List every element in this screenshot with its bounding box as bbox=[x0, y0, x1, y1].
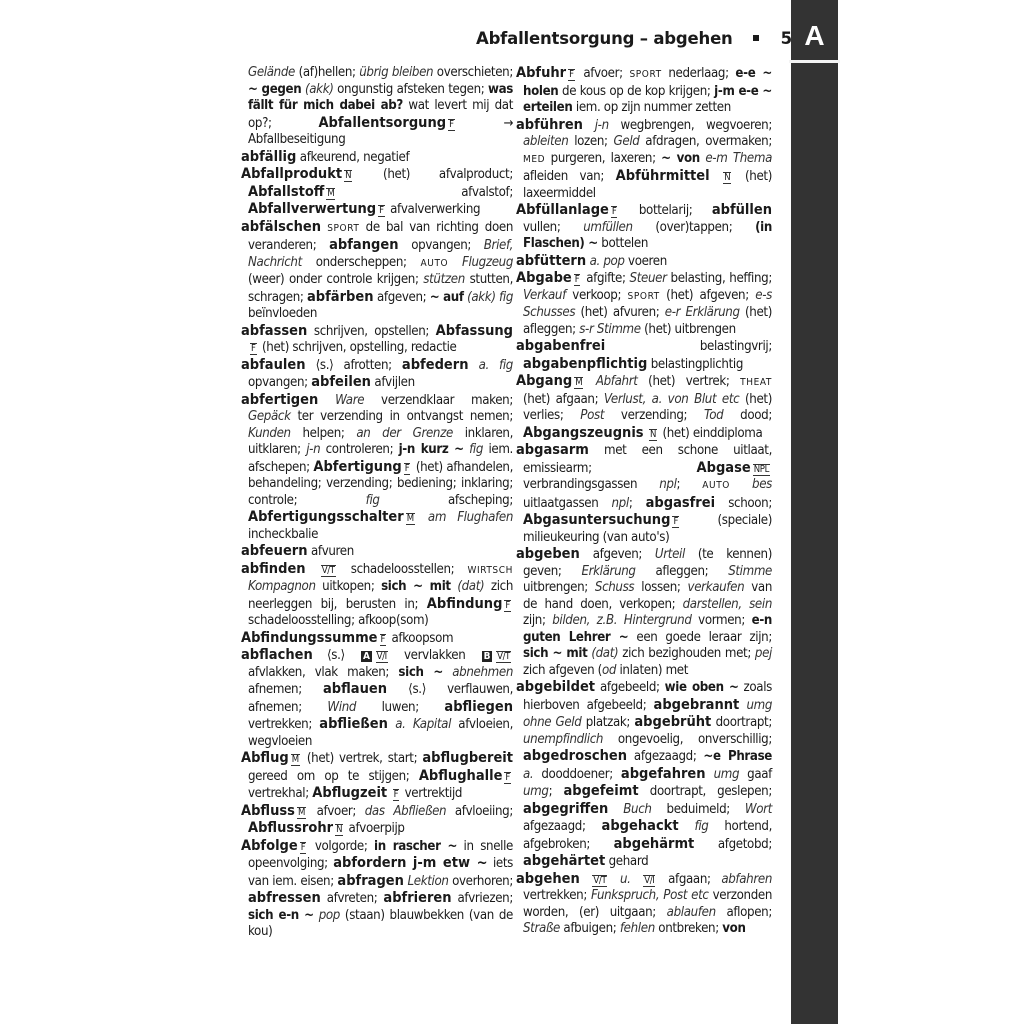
domain-label: theat bbox=[740, 377, 772, 388]
domain-label: sport bbox=[629, 69, 661, 80]
headword: abflachen bbox=[241, 647, 313, 663]
headword: Abfallprodukt bbox=[241, 166, 342, 182]
headword: Abflussrohr bbox=[248, 820, 333, 836]
headword: Abfindungssumme bbox=[241, 630, 378, 646]
headword: Abfallverwertung bbox=[248, 201, 376, 217]
headword: abgebrüht bbox=[634, 714, 711, 730]
gender-label: F bbox=[300, 842, 307, 854]
headword: abflauen bbox=[323, 681, 387, 697]
gender-label: F bbox=[380, 634, 387, 646]
verb-type-label: V/I bbox=[376, 651, 388, 663]
dictionary-entry: AbflussM afvoer; das Abfließen afvloeiin… bbox=[241, 803, 513, 838]
headword: abfliegen bbox=[444, 699, 513, 715]
gender-label: M bbox=[406, 513, 415, 525]
dictionary-entry: abgasarm met een schone uitlaat, emissie… bbox=[516, 442, 772, 546]
headword: abfragen bbox=[337, 873, 404, 889]
headword: Abfassung bbox=[436, 323, 513, 339]
headword: abfressen bbox=[248, 890, 321, 906]
gender-label: F bbox=[568, 69, 575, 81]
headword: abgegriffen bbox=[523, 801, 608, 817]
dictionary-entry: abfertigen Ware verzendklaar maken; Gepä… bbox=[241, 392, 513, 544]
domain-label: auto bbox=[702, 480, 730, 491]
headword: abfüttern bbox=[516, 253, 586, 269]
headword: abgabenfrei bbox=[516, 338, 605, 354]
headword: Abführmittel bbox=[616, 168, 710, 184]
headword: Abfallentsorgung bbox=[318, 115, 446, 131]
dictionary-entry: abfaulen ⟨s.⟩ afrotten; abfedern a. fig … bbox=[241, 357, 513, 392]
dictionary-entry: abfinden V/T schadeloosstellen; wirtsch … bbox=[241, 561, 513, 630]
headword: Abflug bbox=[241, 750, 289, 766]
dictionary-entry: AbfuhrF afvoer; sport nederlaag; e-e ~ h… bbox=[516, 65, 772, 117]
gender-label: F bbox=[250, 343, 257, 355]
gender-label: M bbox=[326, 188, 335, 200]
headword: Abflughalle bbox=[419, 768, 503, 784]
gender-label: N bbox=[649, 429, 657, 441]
headword: Abfüllanlage bbox=[516, 202, 609, 218]
dictionary-entry: abführen j-n wegbrengen, wegvoeren; able… bbox=[516, 117, 772, 203]
domain-label: sport bbox=[327, 223, 359, 234]
headword: abfrieren bbox=[383, 890, 451, 906]
verb-type-label: V/I bbox=[643, 875, 655, 887]
headword: abfangen bbox=[329, 237, 398, 253]
gender-label: F bbox=[574, 274, 581, 286]
dictionary-entry: abfällig afkeurend, negatief bbox=[241, 149, 513, 167]
headword: Abgasuntersuchung bbox=[523, 512, 670, 528]
dictionary-entry: AbfallproduktN (het) afvalproduct; Abfal… bbox=[241, 166, 513, 219]
running-header: Abfallentsorgung – abgehen 567 bbox=[476, 24, 814, 52]
gender-label: N bbox=[335, 824, 343, 836]
thumb-divider bbox=[789, 60, 840, 63]
headword: abgefeimt bbox=[563, 783, 638, 799]
headword: Abfertigung bbox=[313, 459, 401, 475]
gender-label: F bbox=[672, 516, 679, 528]
headword: abfinden bbox=[241, 561, 306, 577]
headword: abgebildet bbox=[516, 679, 595, 695]
headword: abfärben bbox=[307, 289, 374, 305]
headword: Abflugzeit bbox=[312, 785, 387, 801]
gender-label: NPL bbox=[753, 464, 770, 476]
headword: Abfallstoff bbox=[248, 184, 324, 200]
sense-marker: B bbox=[482, 651, 493, 662]
headword: Abgase bbox=[697, 460, 751, 476]
headword: abfassen bbox=[241, 323, 307, 339]
dictionary-entry: abgeben afgeven; Urteil (te kennen) geve… bbox=[516, 546, 772, 679]
headword: abgeben bbox=[516, 546, 580, 562]
headword: abfeilen bbox=[311, 374, 371, 390]
verb-type-label: V/T bbox=[321, 565, 336, 577]
headword: Abgang bbox=[516, 373, 572, 389]
dictionary-entry: abfassen schrijven, opstellen; Abfassung… bbox=[241, 323, 513, 357]
headword: abfeuern bbox=[241, 543, 308, 559]
dictionary-entry: AbgabeF afgifte; Steuer belasting, heffi… bbox=[516, 270, 772, 338]
header-separator bbox=[753, 35, 759, 41]
headword: abgehackt bbox=[602, 818, 679, 834]
headword: abgasarm bbox=[516, 442, 589, 458]
dictionary-entry: abgabenfrei belastingvrij; abgabenpflich… bbox=[516, 338, 772, 373]
dictionary-entry: abfälschen sport de bal van richting doe… bbox=[241, 219, 513, 323]
domain-label: auto bbox=[421, 258, 449, 269]
dictionary-entry: AbflugM (het) vertrek, start; abflugbere… bbox=[241, 750, 513, 803]
gender-label: F bbox=[404, 463, 411, 475]
verb-type-label: V/T bbox=[496, 651, 511, 663]
headword: abflugbereit bbox=[422, 750, 513, 766]
headword: Abgabe bbox=[516, 270, 572, 286]
headword: abfälschen bbox=[241, 219, 321, 235]
headword: abfließen bbox=[319, 716, 388, 732]
gender-label: F bbox=[504, 600, 511, 612]
headword: Abfolge bbox=[241, 838, 298, 854]
gender-label: F bbox=[448, 119, 455, 131]
headword: abgehärtet bbox=[523, 853, 605, 869]
headword: abfertigen bbox=[241, 392, 318, 408]
headword: abfaulen bbox=[241, 357, 306, 373]
dictionary-entry: abfeuern afvuren bbox=[241, 543, 513, 561]
headword: Abfluss bbox=[241, 803, 295, 819]
headword: abgedroschen bbox=[523, 748, 627, 764]
dictionary-entry: AbfüllanlageF bottelarij; abfüllen vulle… bbox=[516, 202, 772, 253]
dictionary-entry: abgehen V/T u. V/I afgaan; abfahren vert… bbox=[516, 871, 772, 938]
gender-label: M bbox=[574, 377, 583, 389]
gender-label: F bbox=[378, 205, 385, 217]
header-title: Abfallentsorgung – abgehen bbox=[476, 29, 733, 48]
headword: abgebrannt bbox=[654, 697, 740, 713]
headword: abfüllen bbox=[712, 202, 772, 218]
gender-label: F bbox=[393, 789, 400, 801]
dictionary-entry: abflachen ⟨s.⟩ AV/I vervlakken BV/T afvl… bbox=[241, 647, 513, 750]
headword: Abfertigungsschalter bbox=[248, 509, 404, 525]
dictionary-entry: AbfolgeF volgorde; in rascher ~ in snell… bbox=[241, 838, 513, 941]
headword: Abgangszeugnis bbox=[523, 425, 644, 441]
gender-label: F bbox=[504, 772, 511, 784]
headword: abführen bbox=[516, 117, 583, 133]
sense-marker: A bbox=[361, 651, 372, 662]
headword: abgasfrei bbox=[646, 495, 715, 511]
dictionary-entry: abfüttern a. pop voeren bbox=[516, 253, 772, 271]
headword: Abfuhr bbox=[516, 65, 566, 81]
headword: abfällig bbox=[241, 149, 296, 165]
headword: abgabenpflichtig bbox=[523, 356, 647, 372]
dictionary-entry: AbfindungssummeF afkoopsom bbox=[241, 630, 513, 648]
dictionary-entry: abgebildet afgebeeld; wie oben ~ zoals h… bbox=[516, 679, 772, 871]
left-column: Gelände (af)hellen; übrig bleiben oversc… bbox=[241, 65, 513, 941]
gender-label: N bbox=[344, 170, 352, 182]
domain-label: wirtsch bbox=[467, 565, 513, 576]
gender-label: F bbox=[611, 206, 618, 218]
headword: abfedern bbox=[402, 357, 469, 373]
verb-type-label: V/T bbox=[592, 875, 607, 887]
right-column: AbfuhrF afvoer; sport nederlaag; e-e ~ h… bbox=[516, 65, 772, 938]
headword: abgehärmt bbox=[614, 836, 695, 852]
dictionary-entry: AbgangM Abfahrt (het) vertrek; theat (he… bbox=[516, 373, 772, 442]
headword: abgefahren bbox=[621, 766, 706, 782]
headword: abfordern j-m etw ~ bbox=[333, 855, 487, 871]
thumb-index-tab: A bbox=[791, 0, 838, 1024]
domain-label: med bbox=[523, 154, 545, 165]
dictionary-entry: Gelände (af)hellen; übrig bleiben oversc… bbox=[241, 65, 513, 149]
headword: Abfindung bbox=[427, 596, 503, 612]
thumb-letter: A bbox=[791, 20, 838, 52]
headword: abgehen bbox=[516, 871, 580, 887]
gender-label: N bbox=[723, 172, 731, 184]
gender-label: M bbox=[297, 807, 306, 819]
domain-label: sport bbox=[628, 291, 660, 302]
gender-label: M bbox=[291, 754, 300, 766]
